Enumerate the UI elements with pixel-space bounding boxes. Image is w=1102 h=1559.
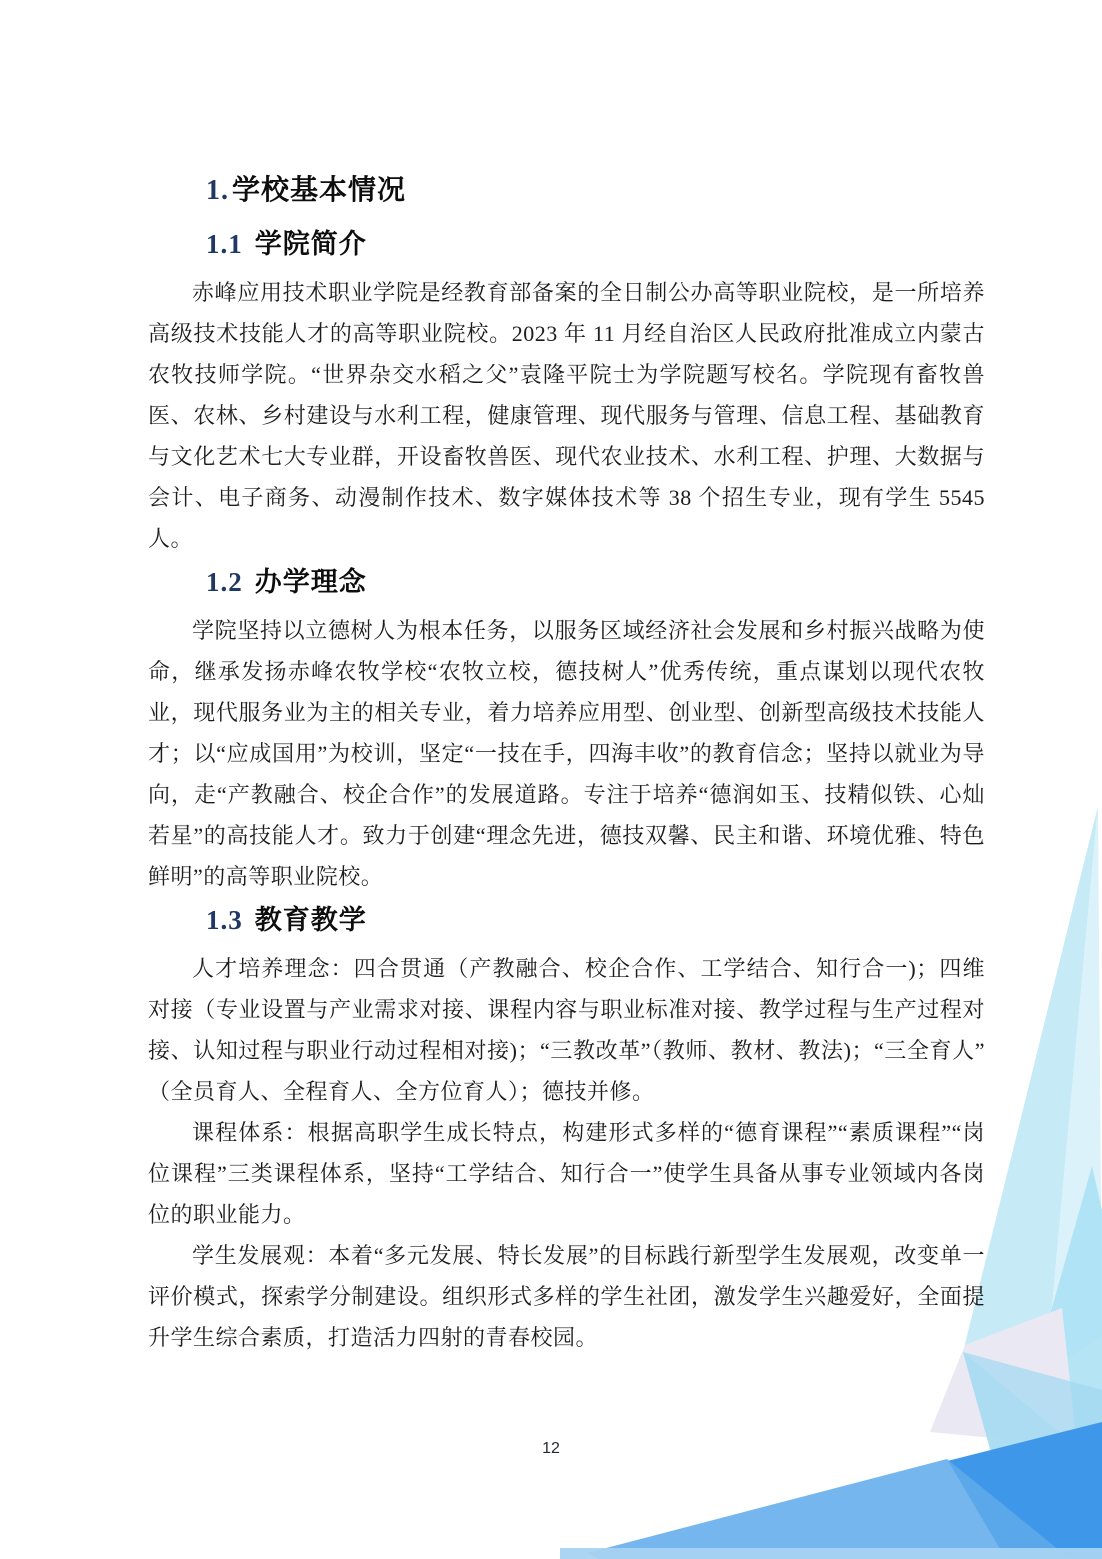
paragraph: 学院坚持以立德树人为根本任务，以服务区域经济社会发展和乡村振兴战略为使命，继承发… [148,610,985,897]
heading-number: 1. [206,175,229,206]
paragraph: 赤峰应用技术职业学院是经教育部备案的全日制公办高等职业院校，是一所培养高级技术技… [148,272,985,559]
decor-mid-blue [963,1352,1102,1492]
decor-corner-blue-light [900,1459,1070,1559]
decor-cyan-right [1035,1166,1102,1468]
heading-text: 办学理念 [255,567,367,597]
paragraph: 课程体系：根据高职学生成长特点，构建形式多样的“德育课程”“素质课程”“岗位课程… [148,1112,985,1235]
decor-bottom-strip [560,1548,1102,1559]
section-heading-1-3: 1.3教育教学 [206,903,985,937]
document-page: 1.学校基本情况 1.1学院简介 赤峰应用技术职业学院是经教育部备案的全日制公办… [0,0,1102,1559]
decor-wedge-right [1046,806,1102,1372]
section-heading-1-1: 1.1学院简介 [206,227,985,261]
page-title: 1.学校基本情况 [206,173,985,208]
heading-number: 1.3 [206,905,243,935]
section-heading-1-2: 1.2办学理念 [206,565,985,599]
heading-text: 教育教学 [255,905,367,935]
heading-text: 学校基本情况 [232,174,406,205]
heading-number: 1.1 [206,229,243,259]
decor-long-triangle [587,1459,1006,1559]
heading-text: 学院简介 [255,229,367,259]
paragraph: 学生发展观：本着“多元发展、特长发展”的目标践行新型学生发展观，改变单一评价模式… [148,1235,985,1358]
page-number: 12 [0,1440,1102,1458]
paragraph: 人才培养理念：四合贯通（产教融合、校企合作、工学结合、知行合一)；四维对接（专业… [148,948,985,1112]
heading-number: 1.2 [206,567,243,597]
document-body: 1.学校基本情况 1.1学院简介 赤峰应用技术职业学院是经教育部备案的全日制公办… [148,173,985,1358]
